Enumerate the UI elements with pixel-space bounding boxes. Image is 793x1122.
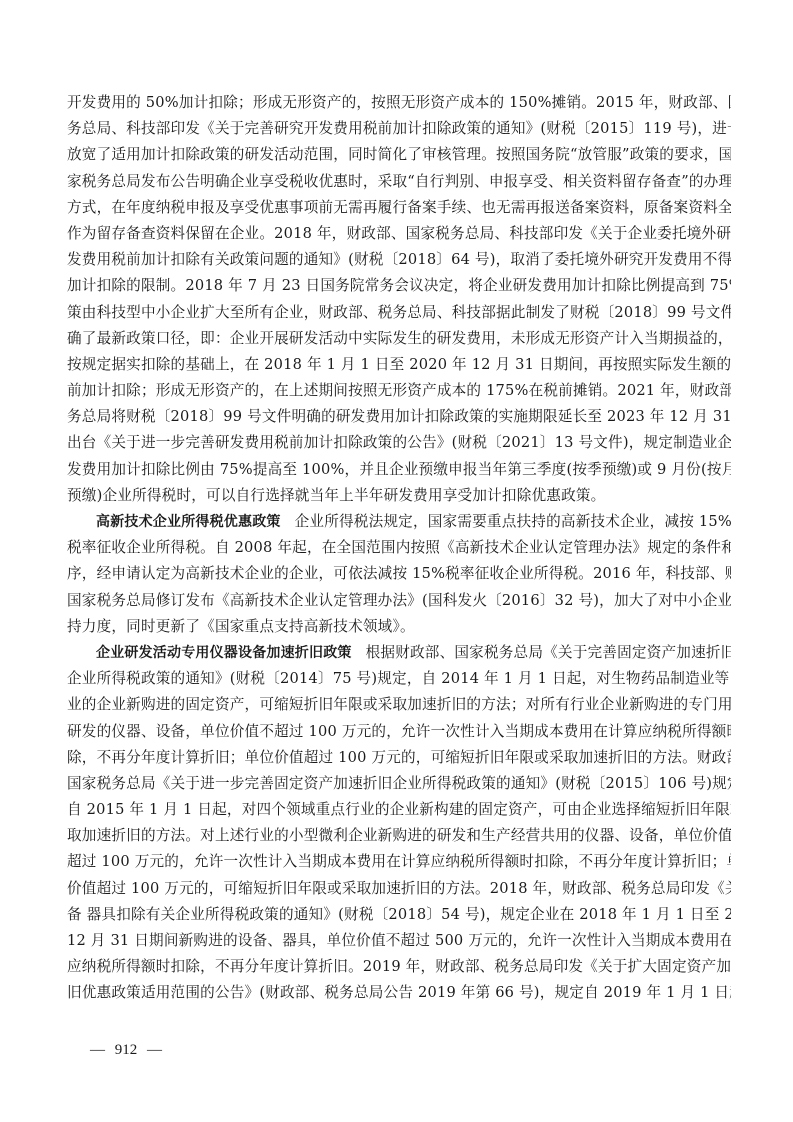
text-line: 务总局将财税〔2018〕99 号文件明确的研发费用加计扣除政策的实施期限延长至 … [67, 404, 731, 430]
text-line: 开发费用的 50%加计扣除；形成无形资产的，按照无形资产成本的 150%摊销。2… [67, 90, 731, 116]
text-line: 发费用税前加计扣除有关政策问题的通知》(财税〔2018〕64 号)，取消了委托境… [67, 247, 731, 273]
text-line: 备 器具扣除有关企业所得税政策的通知》(财税〔2018〕54 号)，规定企业在 … [67, 902, 731, 928]
text-line: 企业研发活动专用仪器设备加速折旧政策根据财政部、国家税务总局《关于完善固定资产加… [67, 640, 731, 666]
text-line: 预缴)企业所得税时，可以自行选择就当年上半年研发费用享受加计扣除优惠政策。 [67, 483, 731, 509]
text-line: 研发的仪器、设备，单位价值不超过 100 万元的，允许一次性计入当期成本费用在计… [67, 719, 731, 745]
page-number: — 912 — [90, 1042, 162, 1059]
text-line: 业的企业新购进的固定资产，可缩短折旧年限或采取加速折旧的方法；对所有行业企业新购… [67, 692, 731, 718]
text-line: 旧优惠政策适用范围的公告》(财政部、税务总局公告 2019 年第 66 号)，规… [67, 980, 731, 1006]
text-line: 超过 100 万元的，允许一次性计入当期成本费用在计算应纳税所得额时扣除，不再分… [67, 849, 731, 875]
text-line: 加计扣除的限制。2018 年 7 月 23 日国务院常务会议决定，将企业研发费用… [67, 273, 731, 299]
text-line: 12 月 31 日期间新购进的设备、器具，单位价值不超过 500 万元的，允许一… [67, 928, 731, 954]
text-line: 企业所得税政策的通知》(财税〔2014〕75 号)规定，自 2014 年 1 月… [67, 666, 731, 692]
text-line: 确了最新政策口径，即：企业开展研发活动中实际发生的研发费用，未形成无形资产计入当… [67, 326, 731, 352]
section-heading: 企业研发活动专用仪器设备加速折旧政策 [96, 645, 352, 661]
text-line: 发费用加计扣除比例由 75%提高至 100%，并且企业预缴申报当年第三季度(按季… [67, 457, 731, 483]
text-line: 税率征收企业所得税。自 2008 年起，在全国范围内按照《高新技术企业认定管理办… [67, 535, 731, 561]
text-line: 前加计扣除；形成无形资产的，在上述期间按照无形资产成本的 175%在税前摊销。2… [67, 378, 731, 404]
section-heading: 高新技术企业所得税优惠政策 [96, 514, 281, 530]
text-line: 除，不再分年度计算折旧；单位价值超过 100 万元的，可缩短折旧年限或采取加速折… [67, 745, 731, 771]
text-line: 国家税务总局《关于进一步完善固定资产加速折旧企业所得税政策的通知》(财税〔201… [67, 771, 731, 797]
paragraph-rd-deduction: 开发费用的 50%加计扣除；形成无形资产的，按照无形资产成本的 150%摊销。2… [67, 90, 731, 509]
text-line: 序，经申请认定为高新技术企业的企业，可依法减按 15%税率征收企业所得税。201… [67, 561, 731, 587]
text-line: 作为留存备查资料保留在企业。2018 年，财政部、国家税务总局、科技部印发《关于… [67, 221, 731, 247]
paragraph-high-tech-enterprise: 高新技术企业所得税优惠政策企业所得税法规定，国家需要重点扶持的高新技术企业，减按… [67, 509, 731, 640]
text-line: 家税务总局发布公告明确企业享受税收优惠时，采取“自行判别、申报享受、相关资料留存… [67, 169, 731, 195]
text-line: 价值超过 100 万元的，可缩短折旧年限或采取加速折旧的方法。2018 年，财政… [67, 876, 731, 902]
text-line: 高新技术企业所得税优惠政策企业所得税法规定，国家需要重点扶持的高新技术企业，减按… [67, 509, 731, 535]
text-line: 国家税务总局修订发布《高新技术企业认定管理办法》(国科发火〔2016〕32 号)… [67, 588, 731, 614]
text-line: 取加速折旧的方法。对上述行业的小型微利企业新购进的研发和生产经营共用的仪器、设备… [67, 823, 731, 849]
text-line: 应纳税所得额时扣除，不再分年度计算折旧。2019 年，财政部、税务总局印发《关于… [67, 954, 731, 980]
text-line: 务总局、科技部印发《关于完善研究开发费用税前加计扣除政策的通知》(财税〔2015… [67, 116, 731, 142]
text-line: 出台《关于进一步完善研发费用税前加计扣除政策的公告》(财税〔2021〕13 号文… [67, 430, 731, 456]
text-line: 自 2015 年 1 月 1 日起，对四个领域重点行业的企业新构建的固定资产，可… [67, 797, 731, 823]
text-line: 策由科技型中小企业扩大至所有企业，财政部、税务总局、科技部据此制发了财税〔201… [67, 300, 731, 326]
text-run: 根据财政部、国家税务总局《关于完善固定资产加速折旧 [366, 644, 731, 661]
text-line: 放宽了适用加计扣除政策的研发活动范围，同时简化了审核管理。按照国务院“放管服”政… [67, 142, 731, 168]
paragraph-accelerated-depreciation: 企业研发活动专用仪器设备加速折旧政策根据财政部、国家税务总局《关于完善固定资产加… [67, 640, 731, 1007]
text-line: 按规定据实扣除的基础上，在 2018 年 1 月 1 日至 2020 年 12 … [67, 352, 731, 378]
document-body: 开发费用的 50%加计扣除；形成无形资产的，按照无形资产成本的 150%摊销。2… [67, 90, 731, 1007]
text-line: 持力度，同时更新了《国家重点支持高新技术领域》。 [67, 614, 731, 640]
text-run: 企业所得税法规定，国家需要重点扶持的高新技术企业，减按 15%的 [295, 513, 731, 530]
text-line: 方式，在年度纳税申报及享受优惠事项前无需再履行备案手续、也无需再报送备案资料，原… [67, 195, 731, 221]
